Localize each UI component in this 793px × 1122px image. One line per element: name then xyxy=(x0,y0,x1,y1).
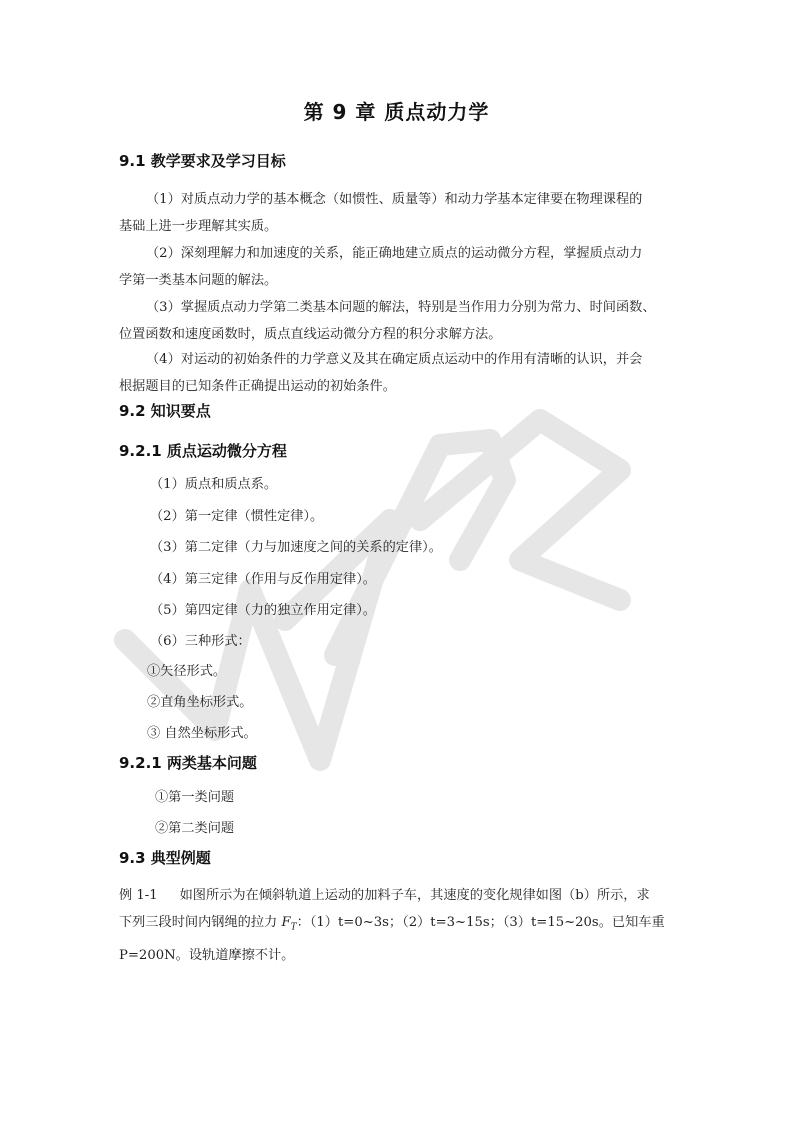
problem-type-1: ①第一类问题 xyxy=(155,786,234,805)
knowledge-item-1: （1）质点和质点系。 xyxy=(150,473,277,492)
knowledge-item-3: （3）第二定律（力与加速度之间的关系的定律）。 xyxy=(150,536,442,555)
objective-paragraph-2: （2）深刻理解力和加速度的关系，能正确地建立质点的运动微分方程，掌握质点动力 学… xyxy=(119,240,642,294)
section-heading-9-3: 9.3 典型例题 xyxy=(119,847,211,868)
knowledge-item-2: （2）第一定律（惯性定律）。 xyxy=(150,505,323,524)
objective-paragraph-3: （3）掌握质点动力学第二类基本问题的解法，特别是当作用力分别为常力、时间函数、 … xyxy=(119,294,656,348)
problem-type-2: ②第二类问题 xyxy=(155,817,234,836)
knowledge-item-6: （6）三种形式： xyxy=(150,630,251,649)
section-heading-9-2-1-equations: 9.2.1 质点运动微分方程 xyxy=(119,440,287,461)
form-item-natural: ③ 自然坐标形式。 xyxy=(147,722,257,741)
force-symbol: FT xyxy=(281,915,296,930)
knowledge-item-5: （5）第四定律（力的独立作用定律）。 xyxy=(150,599,376,618)
section-heading-9-2: 9.2 知识要点 xyxy=(119,400,211,421)
chapter-title: 第 9 章 质点动力学 xyxy=(0,96,793,125)
section-heading-9-2-1-problems: 9.2.1 两类基本问题 xyxy=(119,752,257,773)
example-label: 例 1-1 xyxy=(119,888,158,903)
example-1-1: 例 1-1如图所示为在倾斜轨道上运动的加料子车，其速度的变化规律如图（b）所示，… xyxy=(119,882,665,969)
knowledge-item-4: （4）第三定律（作用与反作用定律）。 xyxy=(150,568,376,587)
section-heading-9-1: 9.1 教学要求及学习目标 xyxy=(119,150,286,171)
objective-paragraph-1: （1）对质点动力学的基本概念（如惯性、质量等）和动力学基本定律要在物理课程的 基… xyxy=(119,186,642,240)
form-item-cartesian: ②直角坐标形式。 xyxy=(147,691,253,710)
objective-paragraph-4: （4）对运动的初始条件的力学意义及其在确定质点运动中的作用有清晰的认识，并会 根… xyxy=(119,346,642,400)
form-item-vector: ①矢径形式。 xyxy=(147,660,226,679)
document-page: 第 9 章 质点动力学 9.1 教学要求及学习目标 （1）对质点动力学的基本概念… xyxy=(0,0,793,1122)
